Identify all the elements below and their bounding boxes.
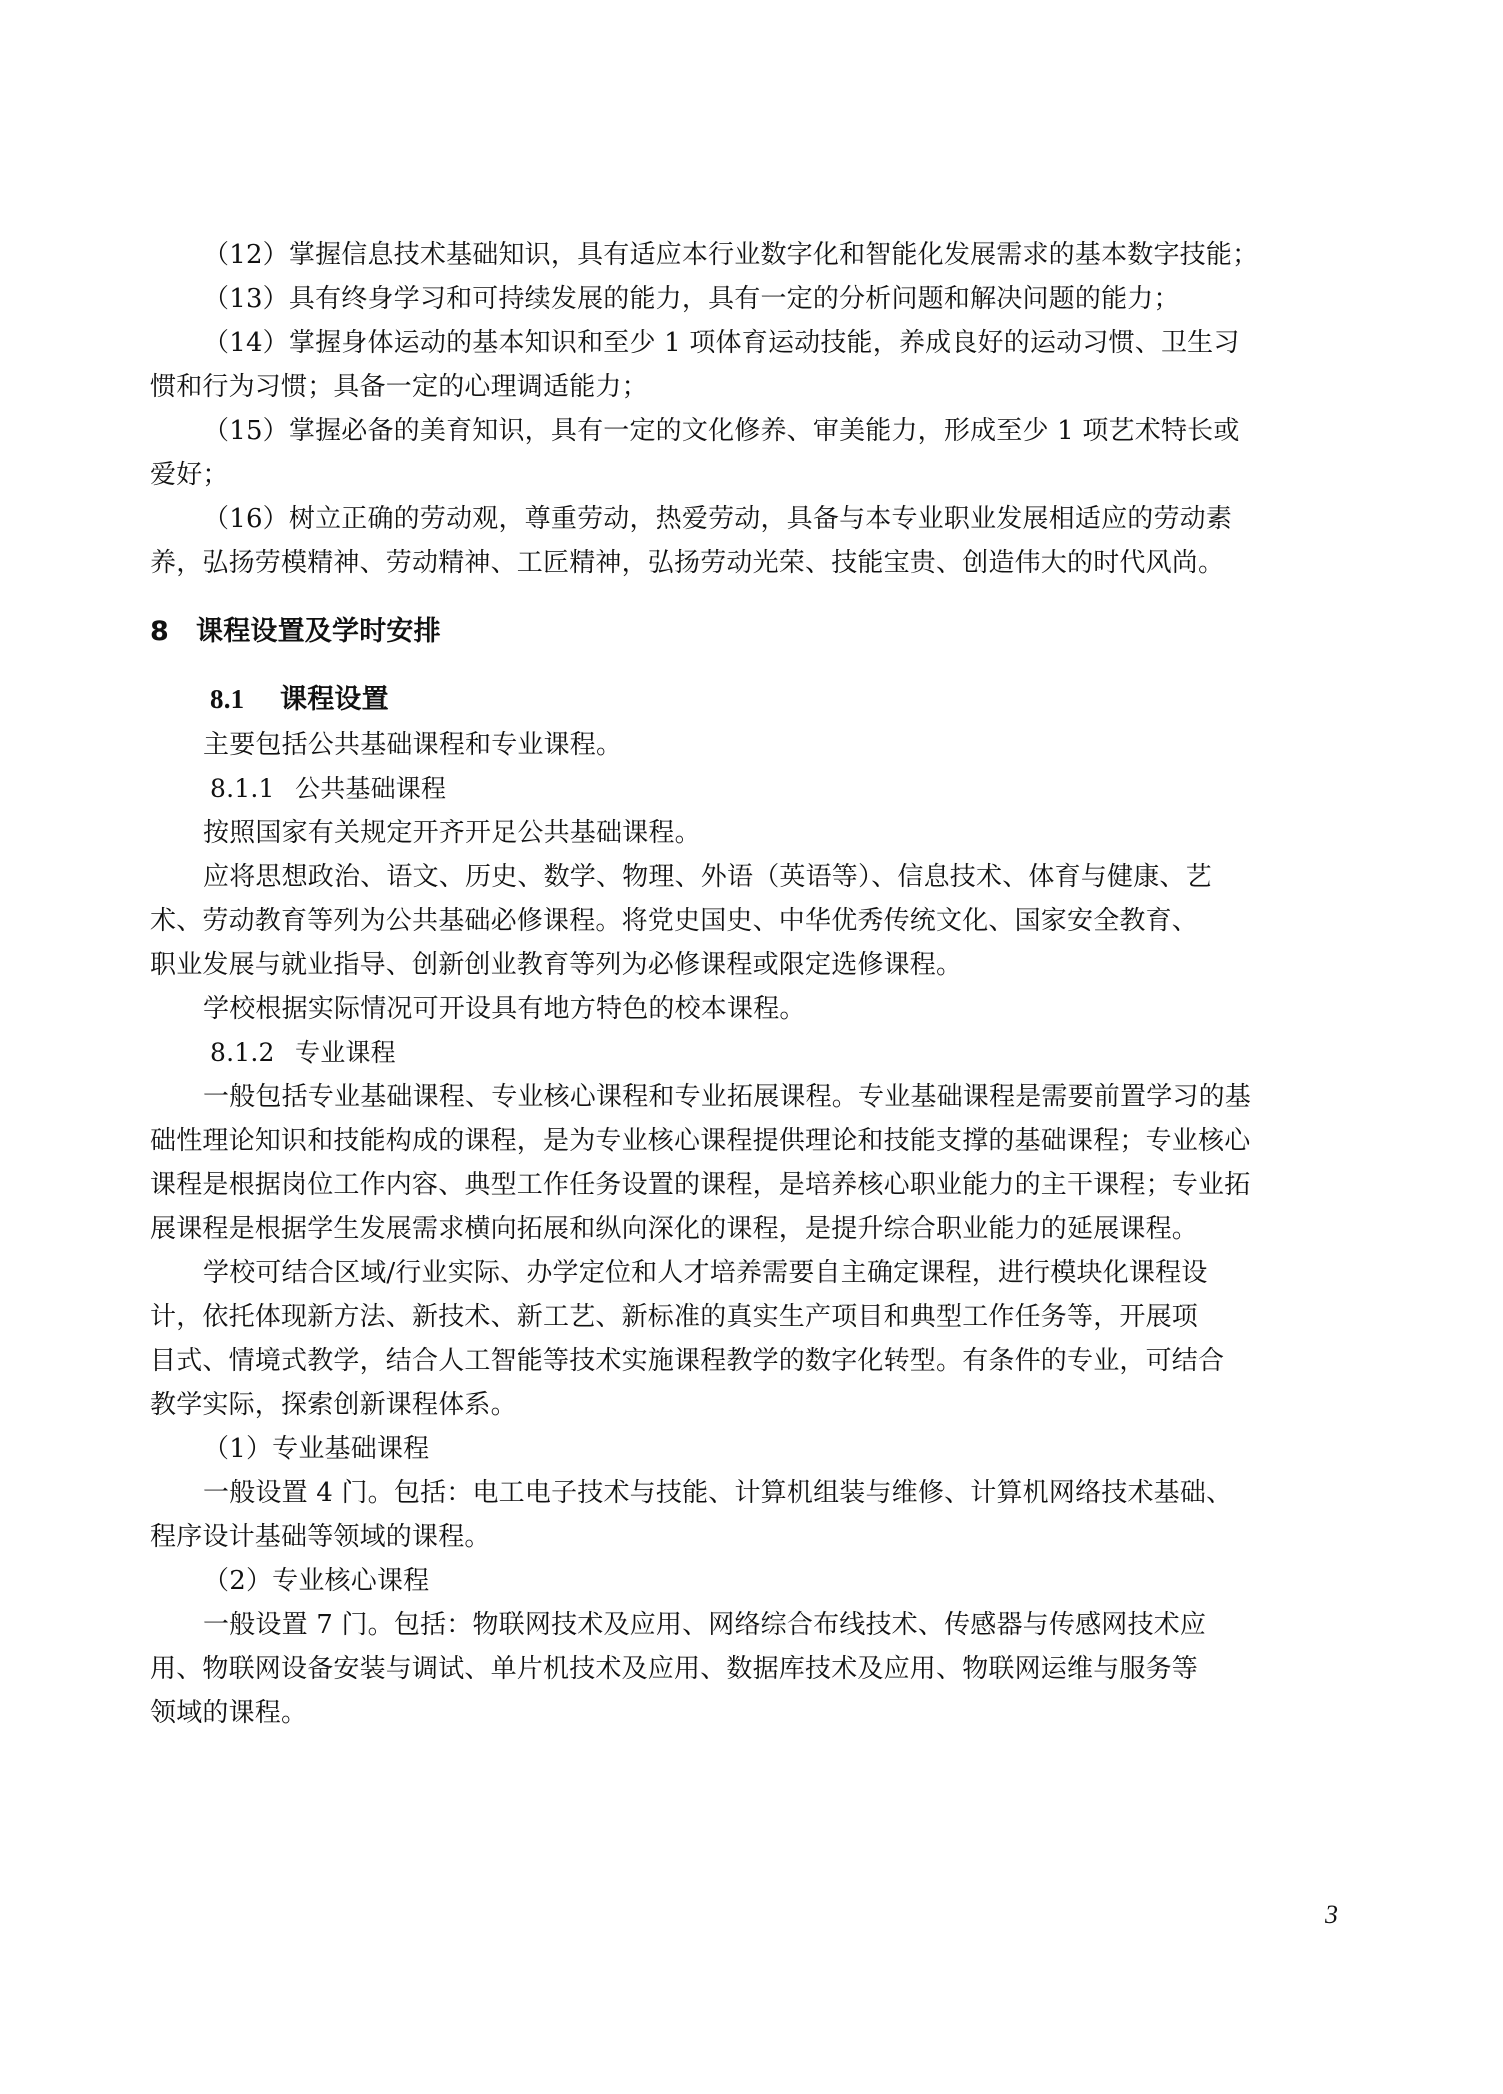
paragraph-line: 按照国家有关规定开齐开足公共基础课程。 [203, 816, 1413, 850]
section-heading-8-1-1: 8.1.1公共基础课程 [210, 772, 1420, 806]
paragraph-line: 主要包括公共基础课程和专业课程。 [203, 728, 1413, 762]
section-number: 8 [150, 615, 196, 649]
page-number: 3 [1325, 1900, 1338, 1930]
paragraph-line: （14）掌握身体运动的基本知识和至少 1 项体育运动技能，养成良好的运动习惯、卫… [203, 326, 1413, 360]
section-heading-8-1-2: 8.1.2专业课程 [210, 1036, 1420, 1070]
paragraph-line: 计，依托体现新方法、新技术、新工艺、新标准的真实生产项目和典型工作任务等，开展项 [150, 1300, 1360, 1334]
paragraph-line: 应将思想政治、语文、历史、数学、物理、外语（英语等）、信息技术、体育与健康、艺 [203, 860, 1413, 894]
section-title: 公共基础课程 [295, 774, 446, 803]
section-heading-8: 8课程设置及学时安排 [150, 615, 1360, 649]
paragraph-line: 目式、情境式教学，结合人工智能等技术实施课程教学的数字化转型。有条件的专业，可结… [150, 1344, 1360, 1378]
section-title: 课程设置 [280, 684, 389, 715]
paragraph-line: （13）具有终身学习和可持续发展的能力，具有一定的分析问题和解决问题的能力； [203, 282, 1413, 316]
paragraph-line: （16）树立正确的劳动观，尊重劳动，热爱劳动，具备与本专业职业发展相适应的劳动素 [203, 502, 1413, 536]
paragraph-line: 一般设置 7 门。包括：物联网技术及应用、网络综合布线技术、传感器与传感网技术应 [203, 1608, 1413, 1642]
section-title: 专业课程 [295, 1038, 396, 1067]
section-number: 8.1.2 [210, 1036, 295, 1070]
paragraph-line: 用、物联网设备安装与调试、单片机技术及应用、数据库技术及应用、物联网运维与服务等 [150, 1652, 1360, 1686]
paragraph-line: 爱好； [150, 458, 1360, 492]
paragraph-line: 惯和行为习惯；具备一定的心理调适能力； [150, 370, 1360, 404]
paragraph-line: 一般包括专业基础课程、专业核心课程和专业拓展课程。专业基础课程是需要前置学习的基 [203, 1080, 1413, 1114]
section-title: 课程设置及学时安排 [196, 616, 441, 647]
paragraph-line: 职业发展与就业指导、创新创业教育等列为必修课程或限定选修课程。 [150, 948, 1360, 982]
paragraph-line: 教学实际，探索创新课程体系。 [150, 1388, 1360, 1422]
paragraph-line: 础性理论知识和技能构成的课程，是为专业核心课程提供理论和技能支撑的基础课程；专业… [150, 1124, 1360, 1158]
section-heading-8-1: 8.1课程设置 [210, 682, 1420, 717]
paragraph-line: 术、劳动教育等列为公共基础必修课程。将党史国史、中华优秀传统文化、国家安全教育、 [150, 904, 1360, 938]
paragraph-line: 程序设计基础等领域的课程。 [150, 1520, 1360, 1554]
paragraph-line: 课程是根据岗位工作内容、典型工作任务设置的课程，是培养核心职业能力的主干课程；专… [150, 1168, 1360, 1202]
subheading-line: （2）专业核心课程 [203, 1564, 1413, 1598]
paragraph-line: 一般设置 4 门。包括：电工电子技术与技能、计算机组装与维修、计算机网络技术基础… [203, 1476, 1413, 1510]
paragraph-line: （12）掌握信息技术基础知识，具有适应本行业数字化和智能化发展需求的基本数字技能… [203, 238, 1413, 272]
section-number: 8.1 [210, 682, 280, 716]
section-number: 8.1.1 [210, 772, 295, 806]
paragraph-line: 养，弘扬劳模精神、劳动精神、工匠精神，弘扬劳动光荣、技能宝贵、创造伟大的时代风尚… [150, 546, 1360, 580]
subheading-line: （1）专业基础课程 [203, 1432, 1413, 1466]
paragraph-line: （15）掌握必备的美育知识，具有一定的文化修养、审美能力，形成至少 1 项艺术特… [203, 414, 1413, 448]
paragraph-line: 展课程是根据学生发展需求横向拓展和纵向深化的课程，是提升综合职业能力的延展课程。 [150, 1212, 1360, 1246]
document-page: （12）掌握信息技术基础知识，具有适应本行业数字化和智能化发展需求的基本数字技能… [0, 0, 1503, 2094]
paragraph-line: 学校根据实际情况可开设具有地方特色的校本课程。 [203, 992, 1413, 1026]
paragraph-line: 学校可结合区域/行业实际、办学定位和人才培养需要自主确定课程，进行模块化课程设 [203, 1256, 1413, 1290]
paragraph-line: 领域的课程。 [150, 1696, 1360, 1730]
